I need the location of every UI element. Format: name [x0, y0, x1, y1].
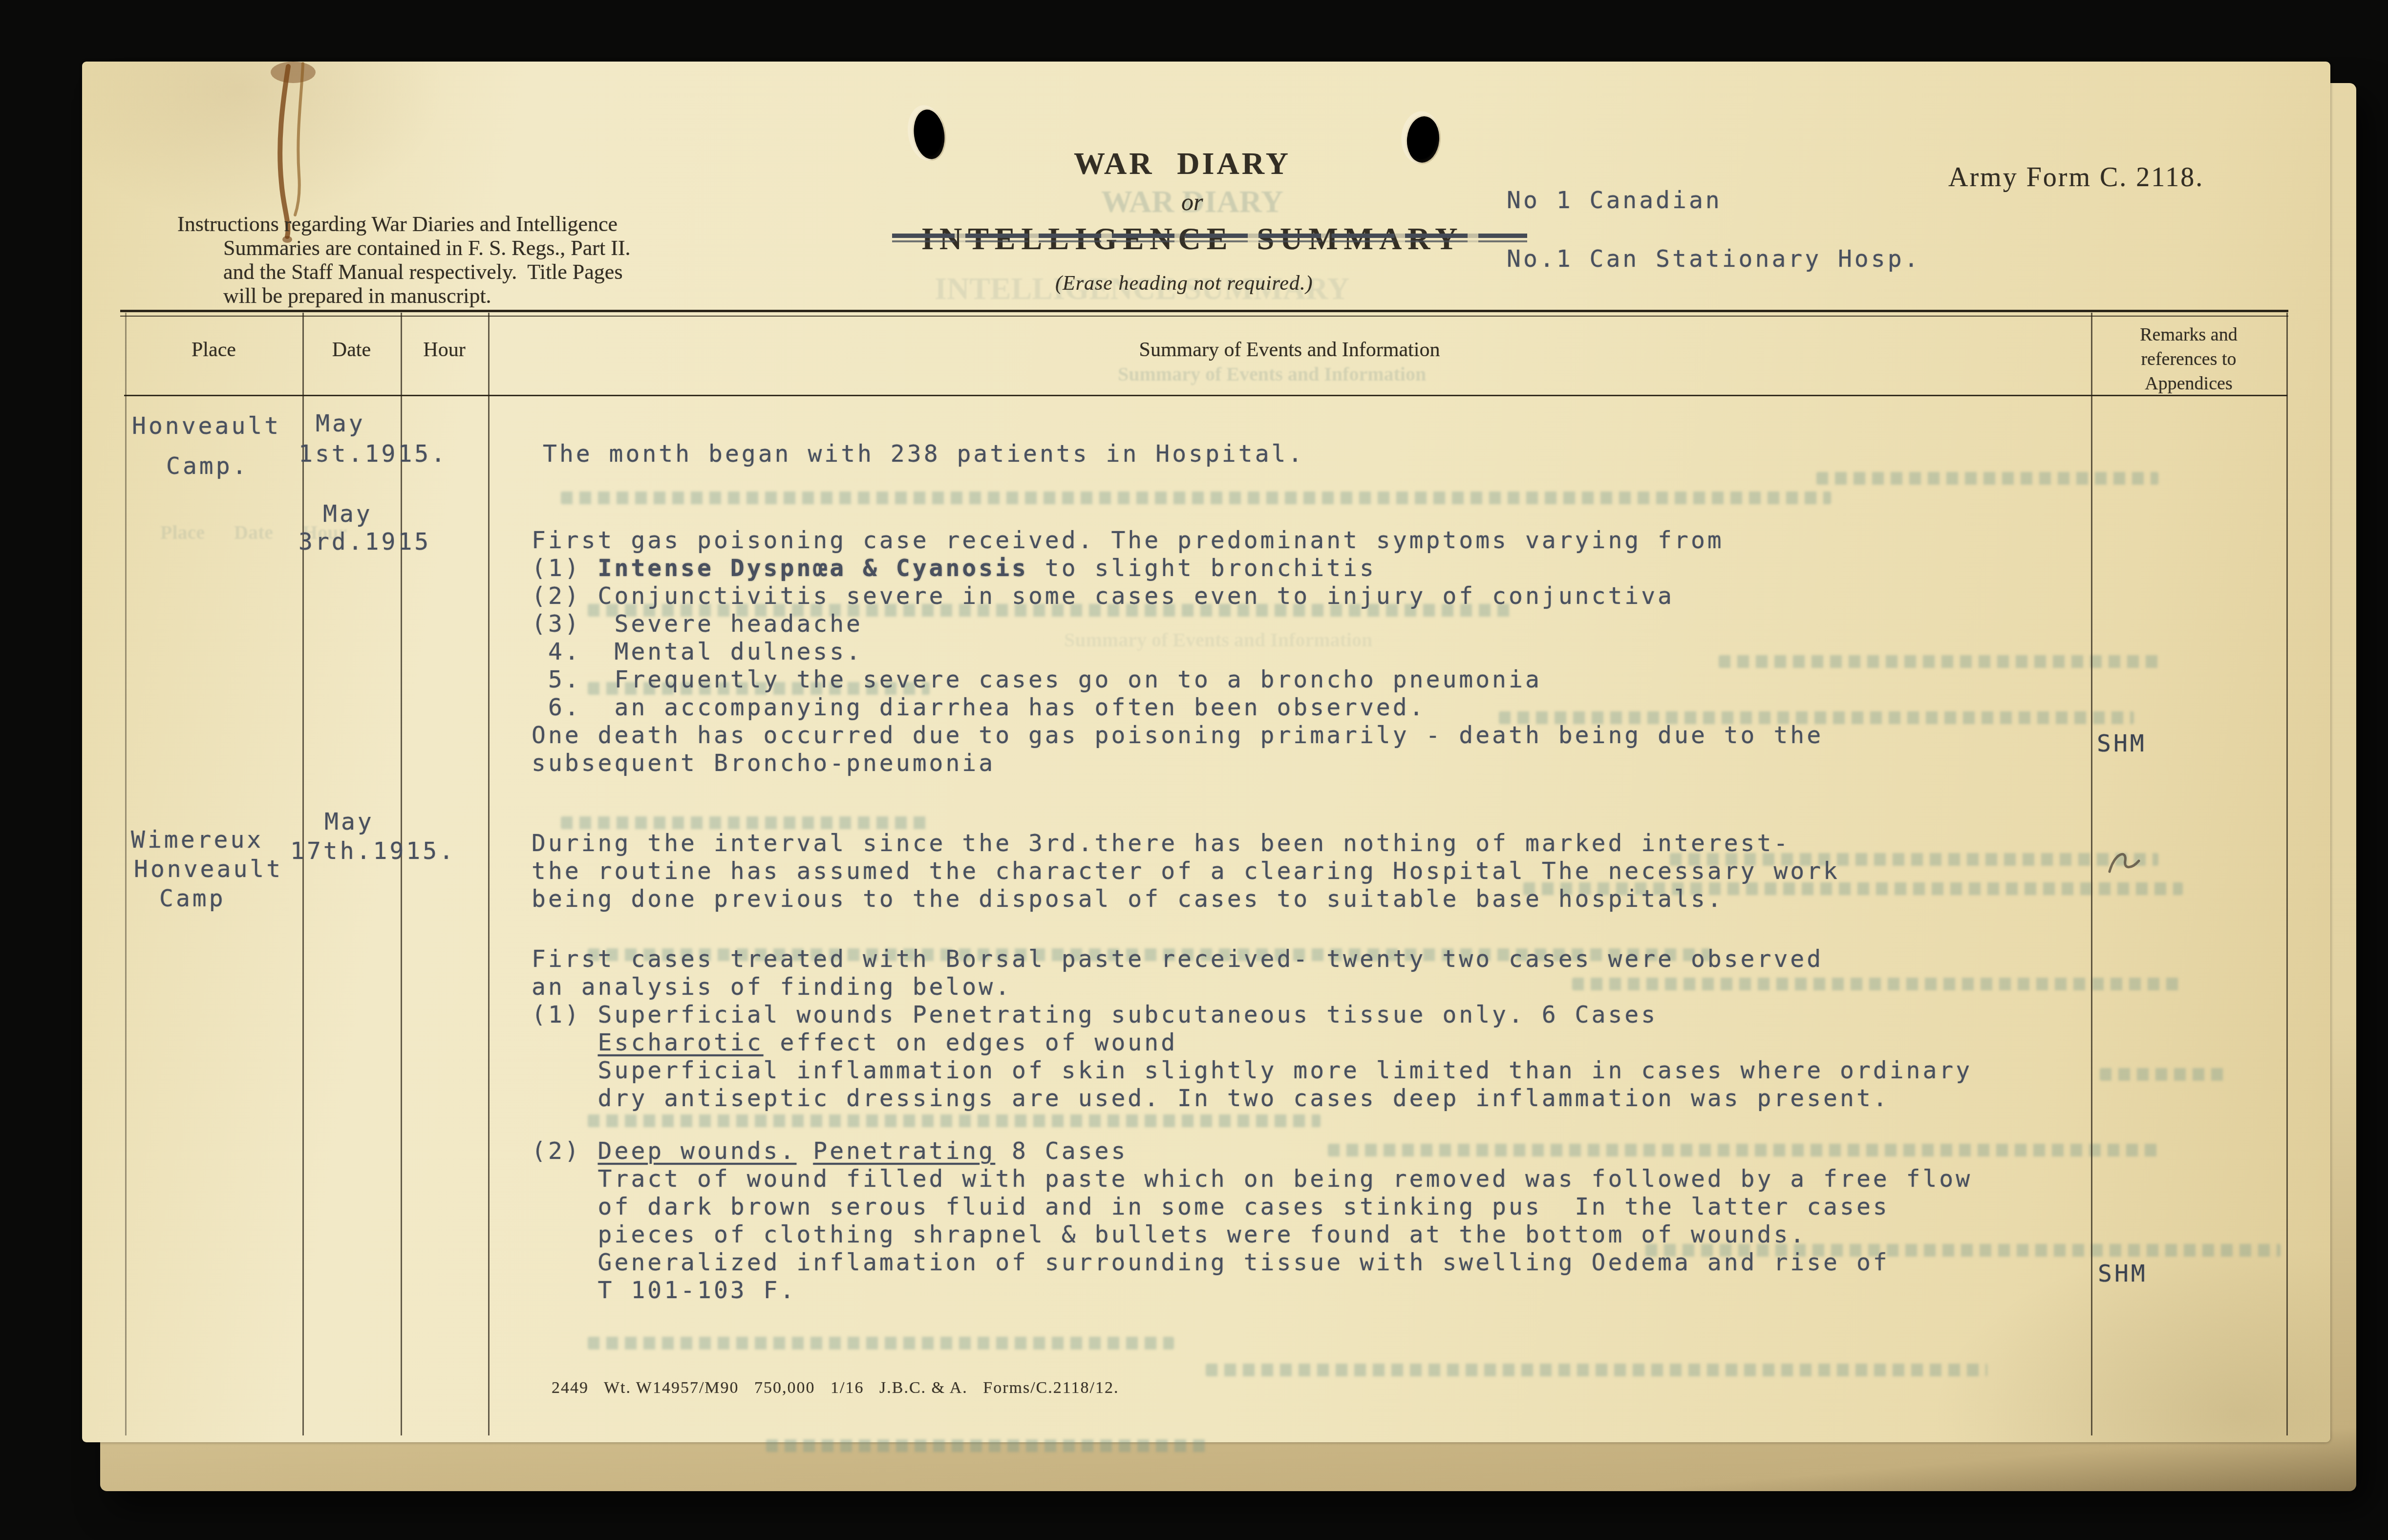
diary-line: 4. Mental dulness. — [532, 638, 1823, 666]
strikethrough-line — [892, 234, 1527, 238]
header-rule — [120, 316, 2288, 317]
erase-heading-note: (Erase heading not required.) — [1055, 272, 1313, 295]
punch-hole-icon — [911, 107, 948, 161]
initials-mark: SHM — [2097, 730, 2147, 757]
strikethrough-line — [892, 240, 1527, 242]
instructions-note: Instructions regarding War Diaries and I… — [177, 212, 631, 308]
instruction-line: will be prepared in manuscript. — [223, 284, 631, 308]
war-diary-page: WAR DIARYINTELLIGENCE SUMMARYSummary of … — [82, 62, 2330, 1442]
diary-line: dry antiseptic dressings are used. In tw… — [532, 1085, 1972, 1112]
printer-imprint: 2449 Wt. W14957/M90 750,000 1/16 J.B.C. … — [552, 1379, 1119, 1397]
ghost-bleed-line — [561, 492, 1831, 504]
text: effect on edges of wound — [764, 1029, 1177, 1056]
text: to slight bronchitis — [1028, 555, 1376, 582]
place-entry: Honveault — [132, 412, 281, 440]
diary-paragraph: (2) Deep wounds. Penetrating 8 Cases Tra… — [532, 1137, 1972, 1305]
diary-paragraph: First cases treated with Borsal paste re… — [532, 945, 1972, 1112]
diary-line: an analysis of finding below. — [532, 973, 1972, 1001]
underlined-text: Penetrating — [813, 1137, 995, 1165]
column-header-remarks: Remarks andreferences toAppendices — [2091, 322, 2286, 396]
diary-line: (1) Intense Dyspnœa & Cyanosis to slight… — [532, 555, 1823, 582]
text — [796, 1137, 813, 1165]
diary-line: of dark brown serous fluid and in some c… — [532, 1193, 1972, 1221]
diary-line: First gas poisoning case received. The p… — [532, 527, 1823, 555]
date-entry: May — [316, 410, 365, 437]
form-title: WAR DIARY — [1074, 146, 1291, 182]
column-divider — [125, 313, 127, 1435]
initials-mark: SHM — [2098, 1260, 2148, 1287]
diary-line: Generalized inflamation of surrounding t… — [532, 1249, 1972, 1277]
underlined-text: Escharotic — [598, 1029, 764, 1056]
ghost-bleed-line — [588, 1337, 1174, 1349]
text: 8 Cases — [995, 1137, 1128, 1165]
form-alt-title: INTELLIGENCE SUMMARY — [921, 221, 1463, 257]
diary-line: 5. Frequently the severe cases go on to … — [532, 666, 1823, 694]
diary-line: 6. an accompanying diarrhea has often be… — [532, 694, 1823, 722]
diary-line: Tract of wound filled with paste which o… — [532, 1165, 1972, 1193]
text: Intense Dyspnœa & Cyanosis — [598, 555, 1028, 582]
date-entry: 3rd.1915 — [298, 528, 431, 556]
column-header-date: Date — [302, 338, 401, 362]
ghost-bleed-line — [588, 1114, 1321, 1127]
ghost-echo-text: Summary of Events and Information — [1118, 363, 1426, 385]
date-entry: May — [324, 808, 374, 835]
place-entry: Wimereux — [131, 826, 263, 854]
diary-line: First cases treated with Borsal paste re… — [532, 945, 1972, 973]
remarks-header-line: Appendices — [2091, 371, 2286, 396]
diary-line: The month began with 238 patients in Hos… — [543, 440, 1304, 468]
column-header-summary: Summary of Events and Information — [488, 338, 2091, 362]
column-divider — [2286, 313, 2288, 1435]
unit-name-line2: No.1 Can Stationary Hosp. — [1507, 245, 1920, 273]
diary-line: During the interval since the 3rd.there … — [532, 830, 1840, 857]
diary-line: (1) Superficial wounds Penetrating subcu… — [532, 1001, 1972, 1029]
diary-line: the routine has assumed the character of… — [532, 857, 1840, 885]
diary-line: (2) Conjunctivitis severe in some cases … — [532, 582, 1823, 610]
diary-line: One death has occurred due to gas poison… — [532, 722, 1823, 749]
scanned-document: { "form": { "army_form": "Army Form C. 2… — [0, 0, 2388, 1540]
diary-paragraph: First gas poisoning case received. The p… — [532, 527, 1823, 777]
place-entry: Camp — [159, 885, 226, 912]
ghost-bleed-line — [1816, 472, 2158, 485]
diary-line: pieces of clothing shrapnel & bullets we… — [532, 1221, 1972, 1249]
instruction-line: Instructions regarding War Diaries and I… — [177, 212, 631, 236]
instruction-line: and the Staff Manual respectively. Title… — [223, 260, 631, 284]
place-entry: Camp. — [166, 452, 249, 480]
diary-line: Superficial inflammation of skin slightl… — [532, 1057, 1972, 1085]
column-divider — [2091, 313, 2092, 1435]
column-header-place: Place — [125, 338, 302, 362]
column-header-hour: Hour — [401, 338, 488, 362]
ghost-bleed-line — [1206, 1364, 1987, 1376]
punch-hole-icon — [1405, 115, 1441, 164]
place-entry: Honveault — [134, 856, 283, 883]
ghost-bleed-line — [561, 816, 927, 829]
header-rule — [120, 310, 2288, 312]
diary-line: being done previous to the disposal of c… — [532, 885, 1840, 913]
date-entry: 1st.1915. — [298, 440, 448, 468]
remarks-header-line: Remarks and — [2091, 322, 2286, 347]
army-form-number: Army Form C. 2118. — [1948, 162, 2204, 193]
date-entry: 17th.1915. — [290, 837, 456, 865]
diary-line: subsequent Broncho-pneumonia — [532, 749, 1823, 777]
text — [532, 1029, 598, 1056]
date-entry: May — [323, 500, 373, 528]
column-divider — [302, 313, 304, 1435]
diary-paragraph: During the interval since the 3rd.there … — [532, 830, 1840, 913]
form-title-or: or — [1181, 188, 1203, 216]
column-divider — [401, 313, 402, 1435]
text: (1) — [532, 555, 598, 582]
column-divider — [488, 313, 490, 1435]
remarks-header-line: references to — [2091, 347, 2286, 371]
diary-line: (3) Severe headache — [532, 610, 1823, 638]
text: (2) — [532, 1137, 598, 1165]
instruction-line: Summaries are contained in F. S. Regs., … — [223, 236, 631, 260]
underlined-text: Deep wounds. — [598, 1137, 797, 1165]
diary-line: (2) Deep wounds. Penetrating 8 Cases — [532, 1137, 1972, 1165]
unit-name-line1: No 1 Canadian — [1507, 187, 1722, 214]
diary-paragraph: The month began with 238 patients in Hos… — [543, 440, 1304, 468]
diary-line: T 101-103 F. — [532, 1277, 1972, 1305]
pen-mark — [2105, 846, 2149, 885]
ghost-bleed-line — [2100, 1068, 2227, 1081]
diary-line: Escharotic effect on edges of wound — [532, 1029, 1972, 1057]
column-header-rule — [124, 395, 2287, 396]
ghost-bleed-line — [766, 1439, 1206, 1452]
